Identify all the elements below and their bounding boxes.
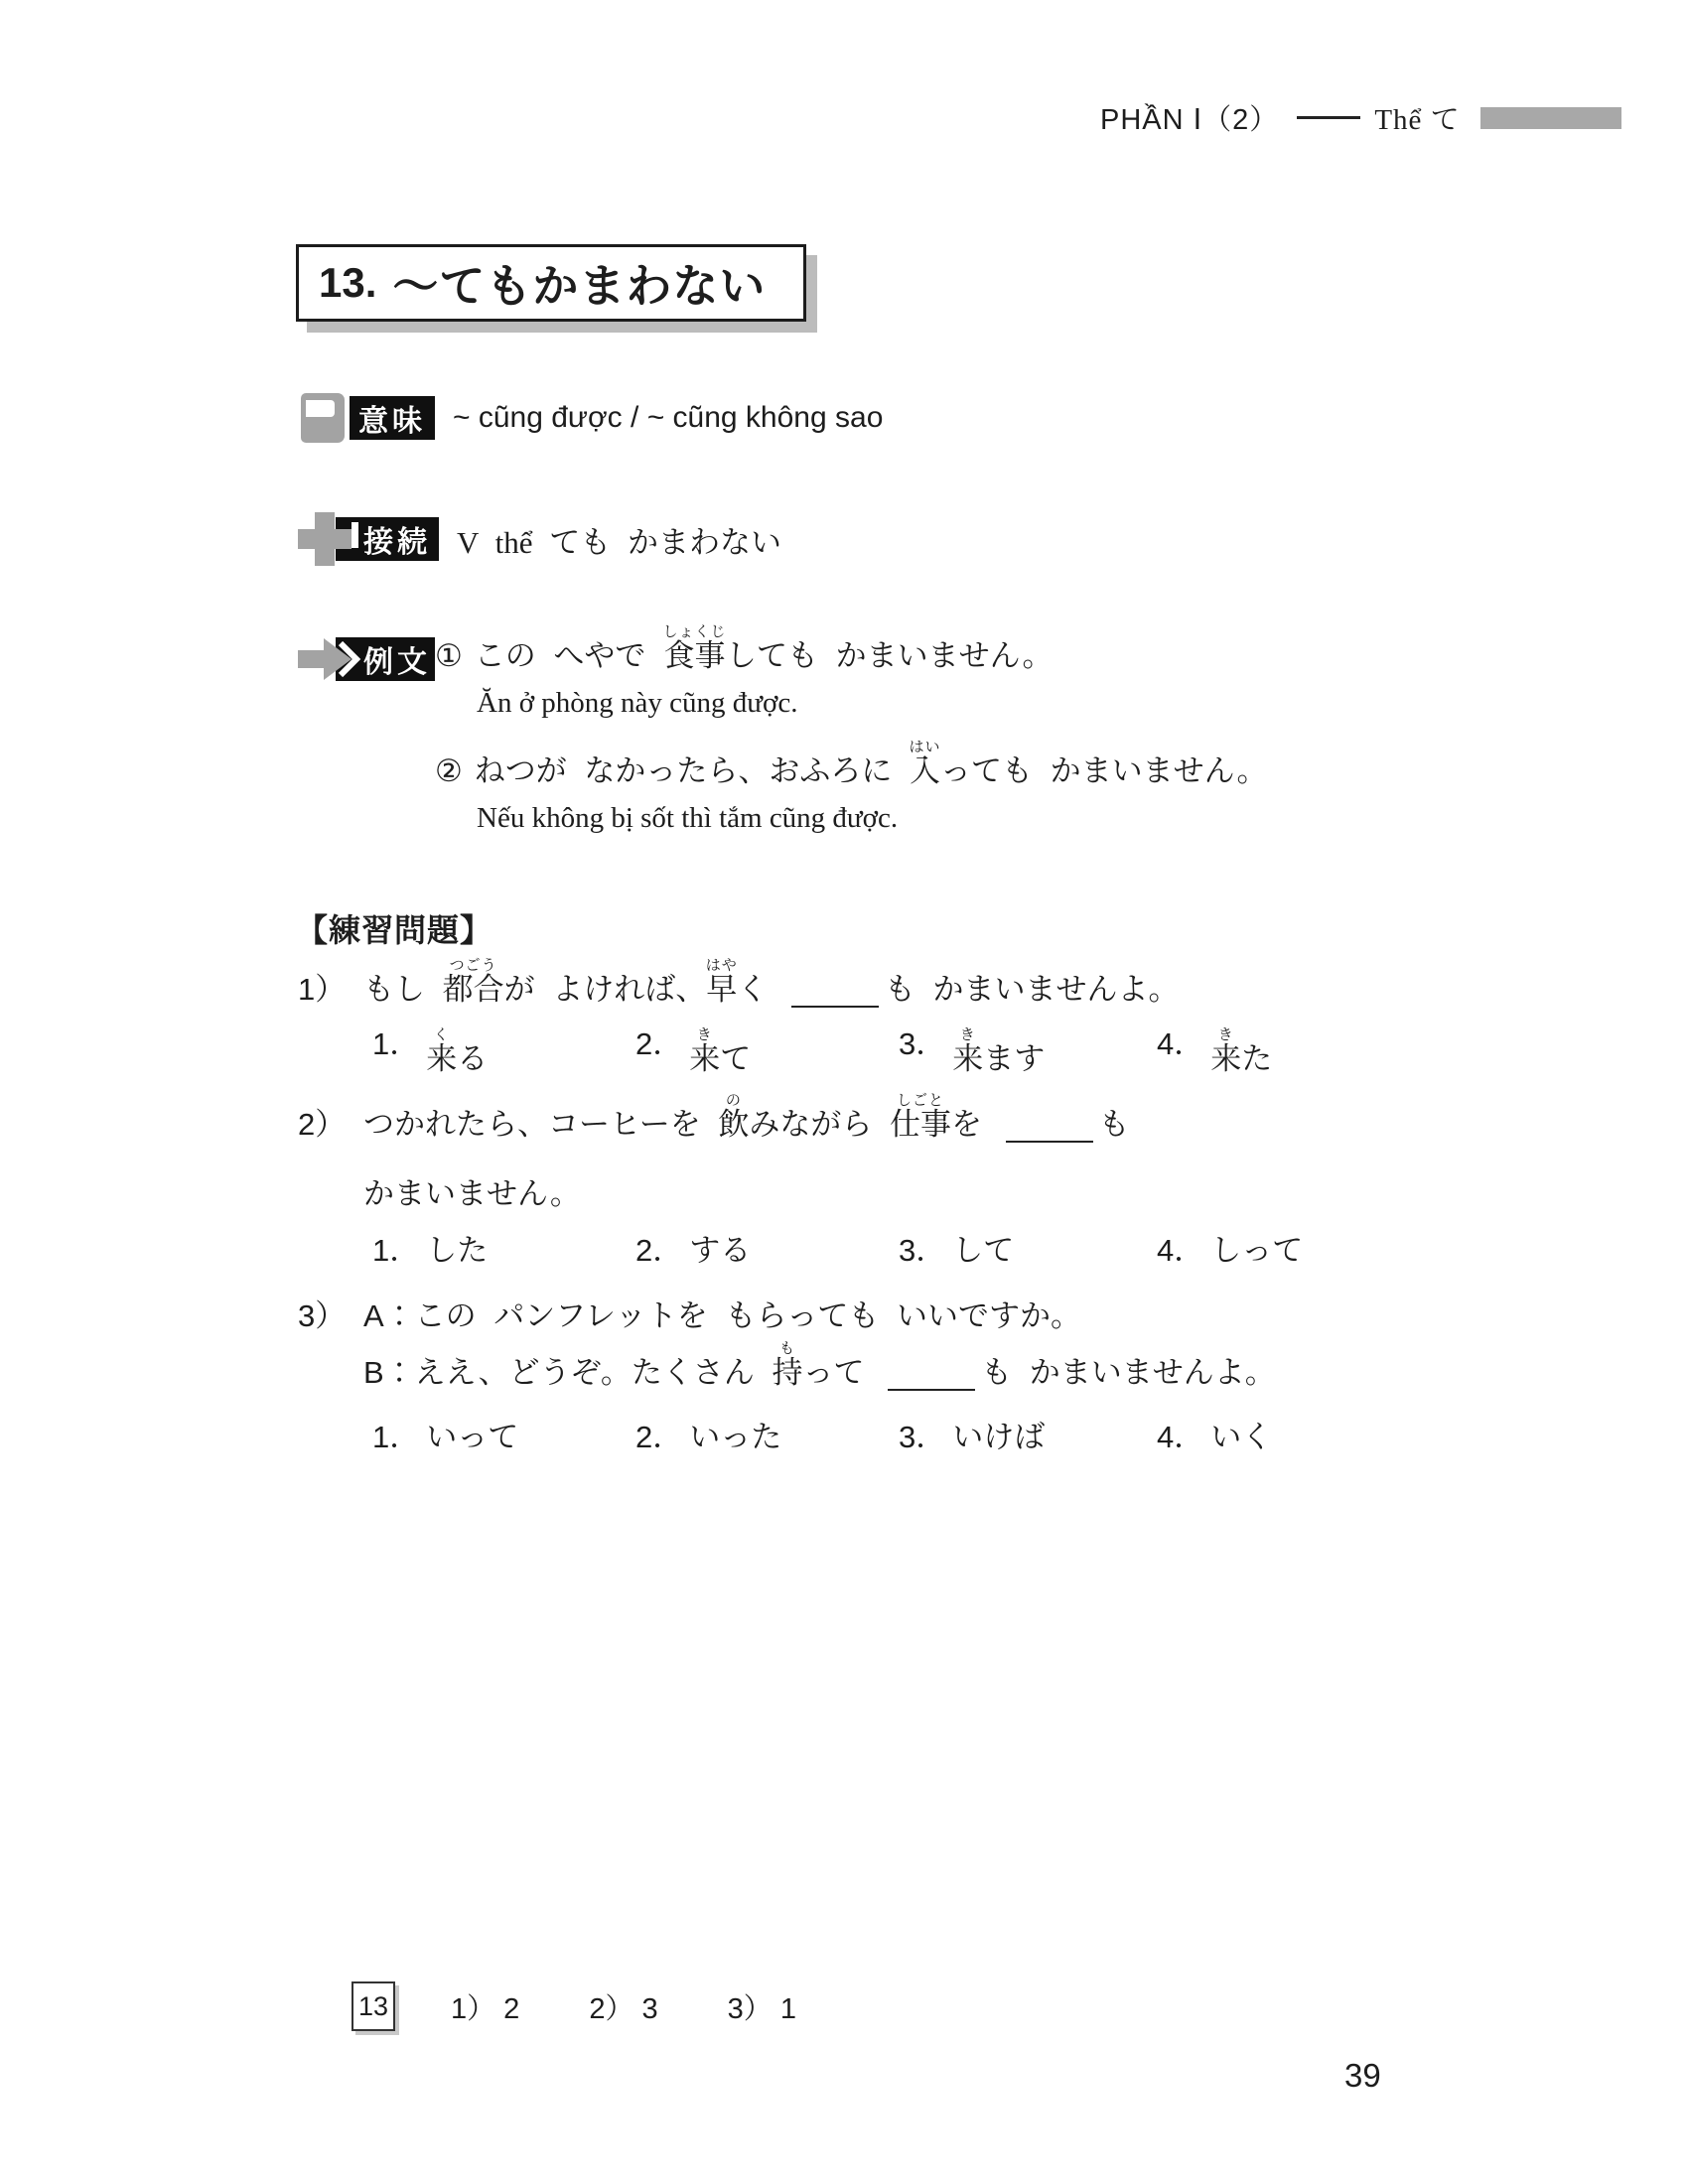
answer-item: 1） 2 [451,1986,519,2027]
option-number: 2． [635,1420,683,1455]
answer-item: 2） 3 [589,1986,657,2027]
option-number: 3． [899,1026,946,1077]
page-number: 39 [1344,2057,1381,2095]
answer-blank [888,1389,975,1392]
question-number: 3） [298,1298,363,1334]
question-3-line-1: 3）A：この パンフレットを もらっても いいですか。 [298,1298,1081,1334]
example-sentence-1: ①この へやで 食事しょくじしても かまいません。 [435,623,1054,674]
meaning-label: 意味 [358,396,426,440]
meaning-label-box: 意味 [350,396,435,440]
question-2-options: 1．した 2．する 3．して 4．しって [298,1233,1303,1269]
book-icon [298,390,348,446]
answer-key-items: 1） 2 2） 3 3） 1 [451,1986,796,2027]
option-text: した [426,1233,488,1269]
examples-section: 例文 [298,633,435,685]
option-4: 4．来きた [1157,1026,1272,1077]
question-text: もし 都合つごうが よければ、早はやく も かまいませんよ。 [363,972,1180,1007]
lesson-grammar-pattern: ～てもかまわない [392,250,766,316]
meaning-text: ~ cũng được / ~ cũng không sao [453,401,883,435]
lesson-number: 13. [319,259,376,307]
question-1-line: 1）もし 都合つごうが よければ、早はやく も かまいませんよ。 [298,957,1180,1008]
option-text: しって [1210,1233,1303,1269]
option-number: 4． [1157,1026,1204,1077]
example-number: ① [435,638,463,673]
option-1: 1．した [372,1233,635,1269]
option-text: する [689,1233,751,1269]
question-text: つかれたら、コーヒーを 飲のみながら 仕事しごとを も [363,1107,1130,1142]
practice-heading: 【練習問題】 [296,905,492,951]
question-3-line-2: B：ええ、どうぞ。たくさん 持もって も かまいませんよ。 [363,1340,1276,1391]
option-number: 3． [899,1420,946,1455]
option-3: 3．して [899,1233,1157,1269]
option-text: いく [1210,1420,1272,1455]
option-text: 来くる [426,1026,488,1077]
example-sentence-2: ②ねつが なかったら、おふろに 入はいっても かまいません。 [435,739,1268,789]
answer-blank [791,1006,879,1009]
example-translation-2: Nếu không bị sốt thì tắm cũng được. [477,802,898,835]
plus-icon [298,510,353,568]
header-dash-rule [1297,116,1360,119]
option-number: 2． [635,1233,683,1269]
option-3: 3．来きます [899,1026,1157,1077]
option-number: 4． [1157,1420,1204,1455]
option-text: いって [426,1420,518,1455]
example-jp-text: この へやで 食事しょくじしても かまいません。 [475,638,1054,673]
question-text: B：ええ、どうぞ。たくさん 持もって も かまいませんよ。 [363,1355,1276,1390]
option-number: 1． [372,1233,420,1269]
example-translation-1: Ăn ở phòng này cũng được. [477,687,797,720]
connection-label: 接続 [363,517,431,561]
header-part-label: PHẦN Ⅰ（2） [1100,97,1279,138]
option-text: いった [689,1420,781,1455]
example-jp-text: ねつが なかったら、おふろに 入はいっても かまいません。 [475,753,1268,788]
option-text: 来きます [952,1026,1045,1077]
option-text: 来きた [1210,1026,1272,1077]
question-2-line-1: 2）つかれたら、コーヒーを 飲のみながら 仕事しごとを も [298,1092,1130,1143]
option-2: 2．来きて [635,1026,899,1077]
option-number: 2． [635,1026,683,1077]
option-3: 3．いけば [899,1420,1157,1455]
question-number: 1） [298,972,363,1008]
example-number: ② [435,753,463,788]
arrow-icon [298,633,355,685]
option-2: 2．いった [635,1420,899,1455]
option-number: 1． [372,1420,420,1455]
option-number: 1． [372,1026,420,1077]
page-header: PHẦN Ⅰ（2） Thể て [1100,97,1621,138]
meaning-section: 意味 ~ cũng được / ~ cũng không sao [298,390,883,446]
question-2-line-2: かまいません。 [363,1176,581,1212]
option-number: 3． [899,1233,946,1269]
answer-item: 3） 1 [728,1986,796,2027]
option-4: 4．しって [1157,1233,1303,1269]
question-text: A：この パンフレットを もらっても いいですか。 [363,1298,1081,1333]
lesson-title-box: 13. ～てもかまわない [296,244,806,322]
option-text: いけば [952,1420,1045,1455]
question-1-options: 1．来くる 2．来きて 3．来きます 4．来きた [298,1026,1272,1077]
header-gray-bar [1480,107,1621,129]
header-topic-label: Thể て [1374,97,1460,138]
textbook-page: PHẦN Ⅰ（2） Thể て 13. ～てもかまわない 意味 ~ cũng đ… [0,0,1688,2184]
question-number: 2） [298,1107,363,1143]
option-4: 4．いく [1157,1420,1272,1455]
option-text: 来きて [689,1026,751,1077]
answer-key-lesson-box: 13 [352,1981,395,2031]
connection-text: V thể ても かまわない [457,517,781,562]
option-1: 1．いって [372,1420,635,1455]
option-number: 4． [1157,1233,1204,1269]
question-3-options: 1．いって 2．いった 3．いけば 4．いく [298,1420,1272,1455]
question-text: かまいません。 [363,1176,581,1211]
answer-blank [1006,1141,1093,1144]
examples-label: 例文 [363,637,431,681]
option-text: して [952,1233,1014,1269]
option-2: 2．する [635,1233,899,1269]
answer-key: 13 1） 2 2） 3 3） 1 [352,1981,796,2031]
connection-section: 接続 V thể ても かまわない [298,510,781,568]
option-1: 1．来くる [372,1026,635,1077]
